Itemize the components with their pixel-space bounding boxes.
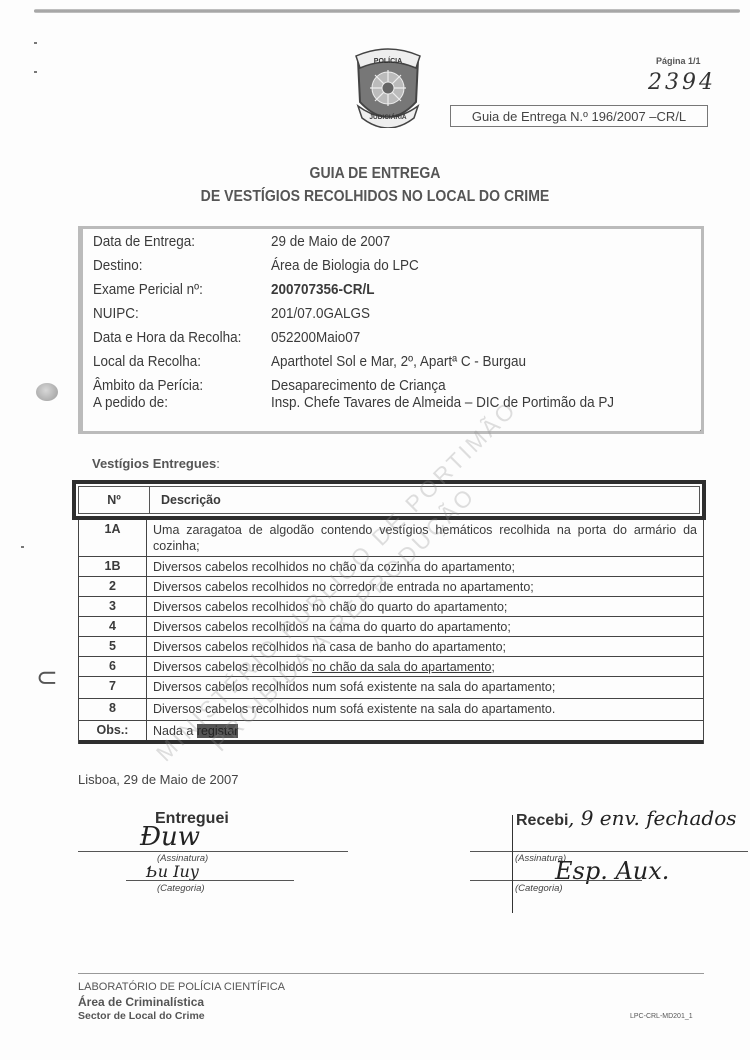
delivery-info-box: Data de Entrega: 29 de Maio de 2007 Dest… [78,226,704,434]
received-category-line [470,880,642,881]
column-header-descricao: Descrição [161,487,221,513]
received-category-caption: (Categoria) [515,883,563,894]
table-row: 8 Diversos cabelos recolhidos num sofá e… [79,699,703,721]
form-code: LPC-CRL-MD201_1 [630,1013,693,1020]
page-number: Página 1/1 [656,56,701,66]
diagonal-stripe-decoration [651,299,704,434]
svg-text:POLÍCIA: POLÍCIA [374,56,402,65]
table-row: 4 Diversos cabelos recolhidos na cama do… [79,617,703,637]
footer-organization: LABORATÓRIO DE POLÍCIA CIENTÍFICA [78,981,285,993]
document-subtitle: DE VESTÍGIOS RECOLHIDOS NO LOCAL DO CRIM… [45,188,705,206]
column-header-no: Nº [79,487,150,513]
table-row: 5 Diversos cabelos recolhidos na casa de… [79,637,703,657]
policia-judiciaria-badge-icon: POLÍCIA JUDICIÁRIA [352,46,424,128]
footer-divider [78,973,704,974]
signature-stroke [512,815,513,913]
document-title: GUIA DE ENTREGA [45,165,705,183]
received-title: Recebi [516,812,568,830]
footer-sector: Sector de Local do Crime [78,1010,205,1022]
delivered-category-line [126,880,294,881]
scan-top-rule [34,9,740,13]
table-row: 6 Diversos cabelos recolhidos no chão da… [79,657,703,677]
margin-mark [34,71,37,73]
table-row: 7 Diversos cabelos recolhidos num sofá e… [79,677,703,699]
received-handwritten-note: , 9 env. fechados [568,806,737,830]
punch-hole [36,383,58,401]
margin-mark [34,42,37,44]
svg-text:JUDICIÁRIA: JUDICIÁRIA [369,112,407,121]
delivered-signature-handwriting: Ɖuw [140,822,200,852]
guia-number: Guia de Entrega N.º 196/2007 –CR/L [472,109,686,124]
margin-mark: ⊂ [36,662,58,693]
guia-number-box: Guia de Entrega N.º 196/2007 –CR/L [450,105,708,127]
margin-mark [21,546,24,548]
handwritten-number: 2394 [648,70,716,95]
delivered-category-caption: (Categoria) [157,883,205,894]
footer-area: Área de Criminalística [78,995,204,1009]
delivered-signature-line [78,851,348,852]
section-label-vestigios: Vestígios Entregues: [92,456,220,471]
table-row: 3 Diversos cabelos recolhidos no chão do… [79,597,703,617]
place-date: Lisboa, 29 de Maio de 2007 [78,772,238,787]
delivered-category-handwriting: Ƅu Iuy [146,862,199,881]
